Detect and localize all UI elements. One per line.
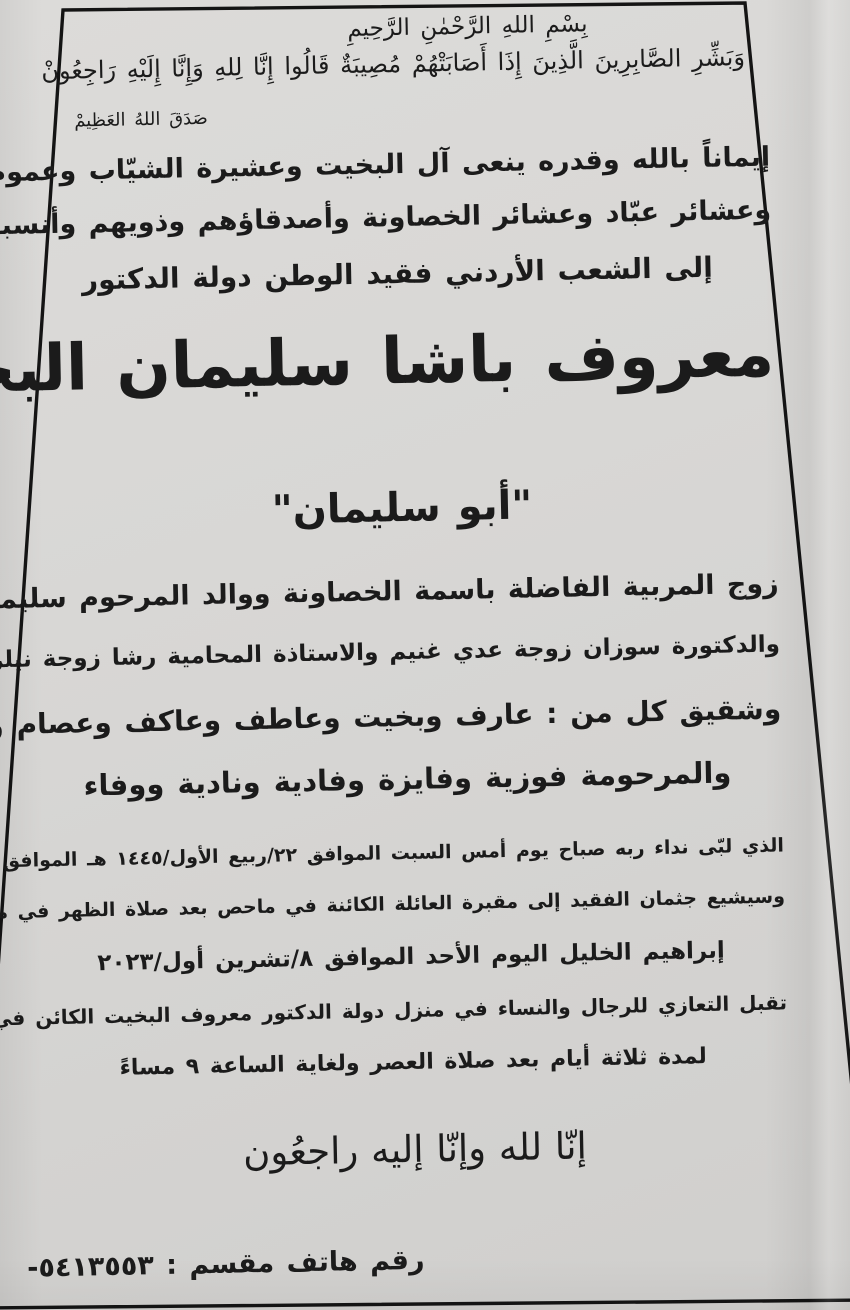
sadaq-allah-text: صَدَقَ اللهُ العَظِيمْ — [74, 106, 208, 134]
phone-number-line: رقم هاتف مقسم : ٥٤١٣٥٥٣- — [27, 1242, 425, 1288]
death-date-line: الذي لبّى نداء ربه صباح يوم أمس السبت ال… — [34, 832, 784, 874]
deceased-nickname: "أبو سليمان" — [27, 473, 778, 544]
mourning-intro-line-3: إلى الشعب الأردني فقيد الوطن دولة الدكتو… — [22, 247, 773, 301]
obituary-page-photo: بِسْمِ اللهِ الرَّحْمٰنِ الرَّحِيمِ وَبَ… — [0, 0, 850, 1310]
closing-verse-calligraphy: إنّا لله وإنّا إليه راجعُون — [39, 1116, 790, 1183]
mourning-intro-line-2: وعشائر عبّاد وعشائر الخصاونة وأصدقاؤهم و… — [21, 192, 772, 245]
family-line-2: والدكتورة سوزان زوجة عدي غنيم والاستاذة … — [30, 628, 780, 675]
family-line-4: والمرحومة فوزية وفايزة وفادية ونادية ووف… — [32, 751, 783, 807]
mourning-intro-line-1: إيماناً بالله وقدره ينعى آل البخيت وعشير… — [20, 139, 771, 192]
obituary-content: بِسْمِ اللهِ الرَّحْمٰنِ الرَّحِيمِ وَبَ… — [17, 0, 793, 1310]
deceased-name: معروف باشا سليمان البخيت — [23, 307, 775, 418]
funeral-procession-line: وسيشيع جثمان الفقيد إلى مقبرة العائلة ال… — [35, 883, 785, 925]
funeral-mosque-line: إبراهيم الخليل اليوم الأحد الموافق ٨/تشر… — [36, 933, 786, 980]
condolences-location-line: تقبل التعازي للرجال والنساء في منزل دولة… — [37, 988, 787, 1031]
condolences-duration-line: لمدة ثلاثة أيام بعد صلاة العصر ولغاية ال… — [38, 1040, 788, 1086]
family-line-1: زوج المربية الفاضلة باسمة الخصاونة ووالد… — [28, 565, 779, 618]
family-line-3: وشقيق كل من : عارف وبخيت وعاطف وعاكف وعص… — [31, 689, 782, 743]
